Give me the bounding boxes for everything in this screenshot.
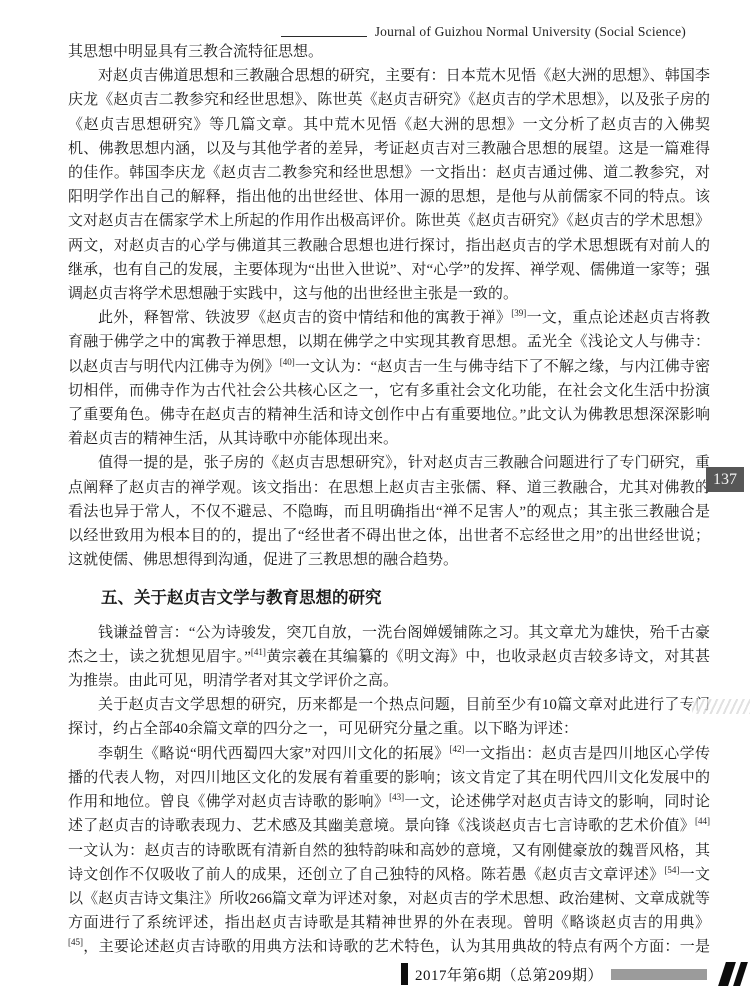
body-paragraph: 对赵贞吉佛道思想和三教融合思想的研究，主要有：日本荒木见悟《赵大洲的思想》、韩国… <box>68 64 710 306</box>
body-paragraph: 值得一提的是，张子房的《赵贞吉思想研究》，针对赵贞吉三教融合问题进行了专门研究，… <box>68 451 710 572</box>
footer-black-bar <box>401 963 408 985</box>
body-paragraph: 李朝生《略说“明代西蜀四大家”对四川文化的拓展》[42]一文指出：赵贞吉是四川地… <box>68 742 710 956</box>
footer-slash-decoration <box>717 962 744 986</box>
slash-mark <box>733 962 748 986</box>
journal-page: Journal of Guizhou Normal University (So… <box>0 0 750 1000</box>
section-heading: 五、关于赵贞吉文学与教育思想的研究 <box>68 586 710 610</box>
page-number-badge: 137 <box>706 467 744 492</box>
page-footer: 2017年第6期（总第209期） <box>401 962 746 986</box>
article-body: 其思想中明显具有三教合流特征思想。 对赵贞吉佛道思想和三教融合思想的研究，主要有… <box>68 40 710 956</box>
body-paragraph: 其思想中明显具有三教合流特征思想。 <box>68 40 710 64</box>
body-paragraph: 钱谦益曾言：“公为诗骏发，突兀自放，一洗台阁婵媛铺陈之习。其文章尤为雄快，殆千古… <box>68 621 710 694</box>
footer-gray-bar <box>611 969 707 980</box>
body-paragraph: 此外，释智常、铁波罗《赵贞吉的资中情结和他的寓教于禅》[39]一文，重点论述赵贞… <box>68 306 710 451</box>
issue-info: 2017年第6期（总第209期） <box>415 964 603 985</box>
header-underline <box>281 35 367 37</box>
journal-title-en: Journal of Guizhou Normal University (So… <box>375 24 686 40</box>
body-paragraph: 关于赵贞吉文学思想的研究，历来都是一个热点问题，目前至少有10篇文章对此进行了专… <box>68 693 710 741</box>
margin-hatch-decoration <box>692 699 750 714</box>
page-header: Journal of Guizhou Normal University (So… <box>281 24 686 40</box>
